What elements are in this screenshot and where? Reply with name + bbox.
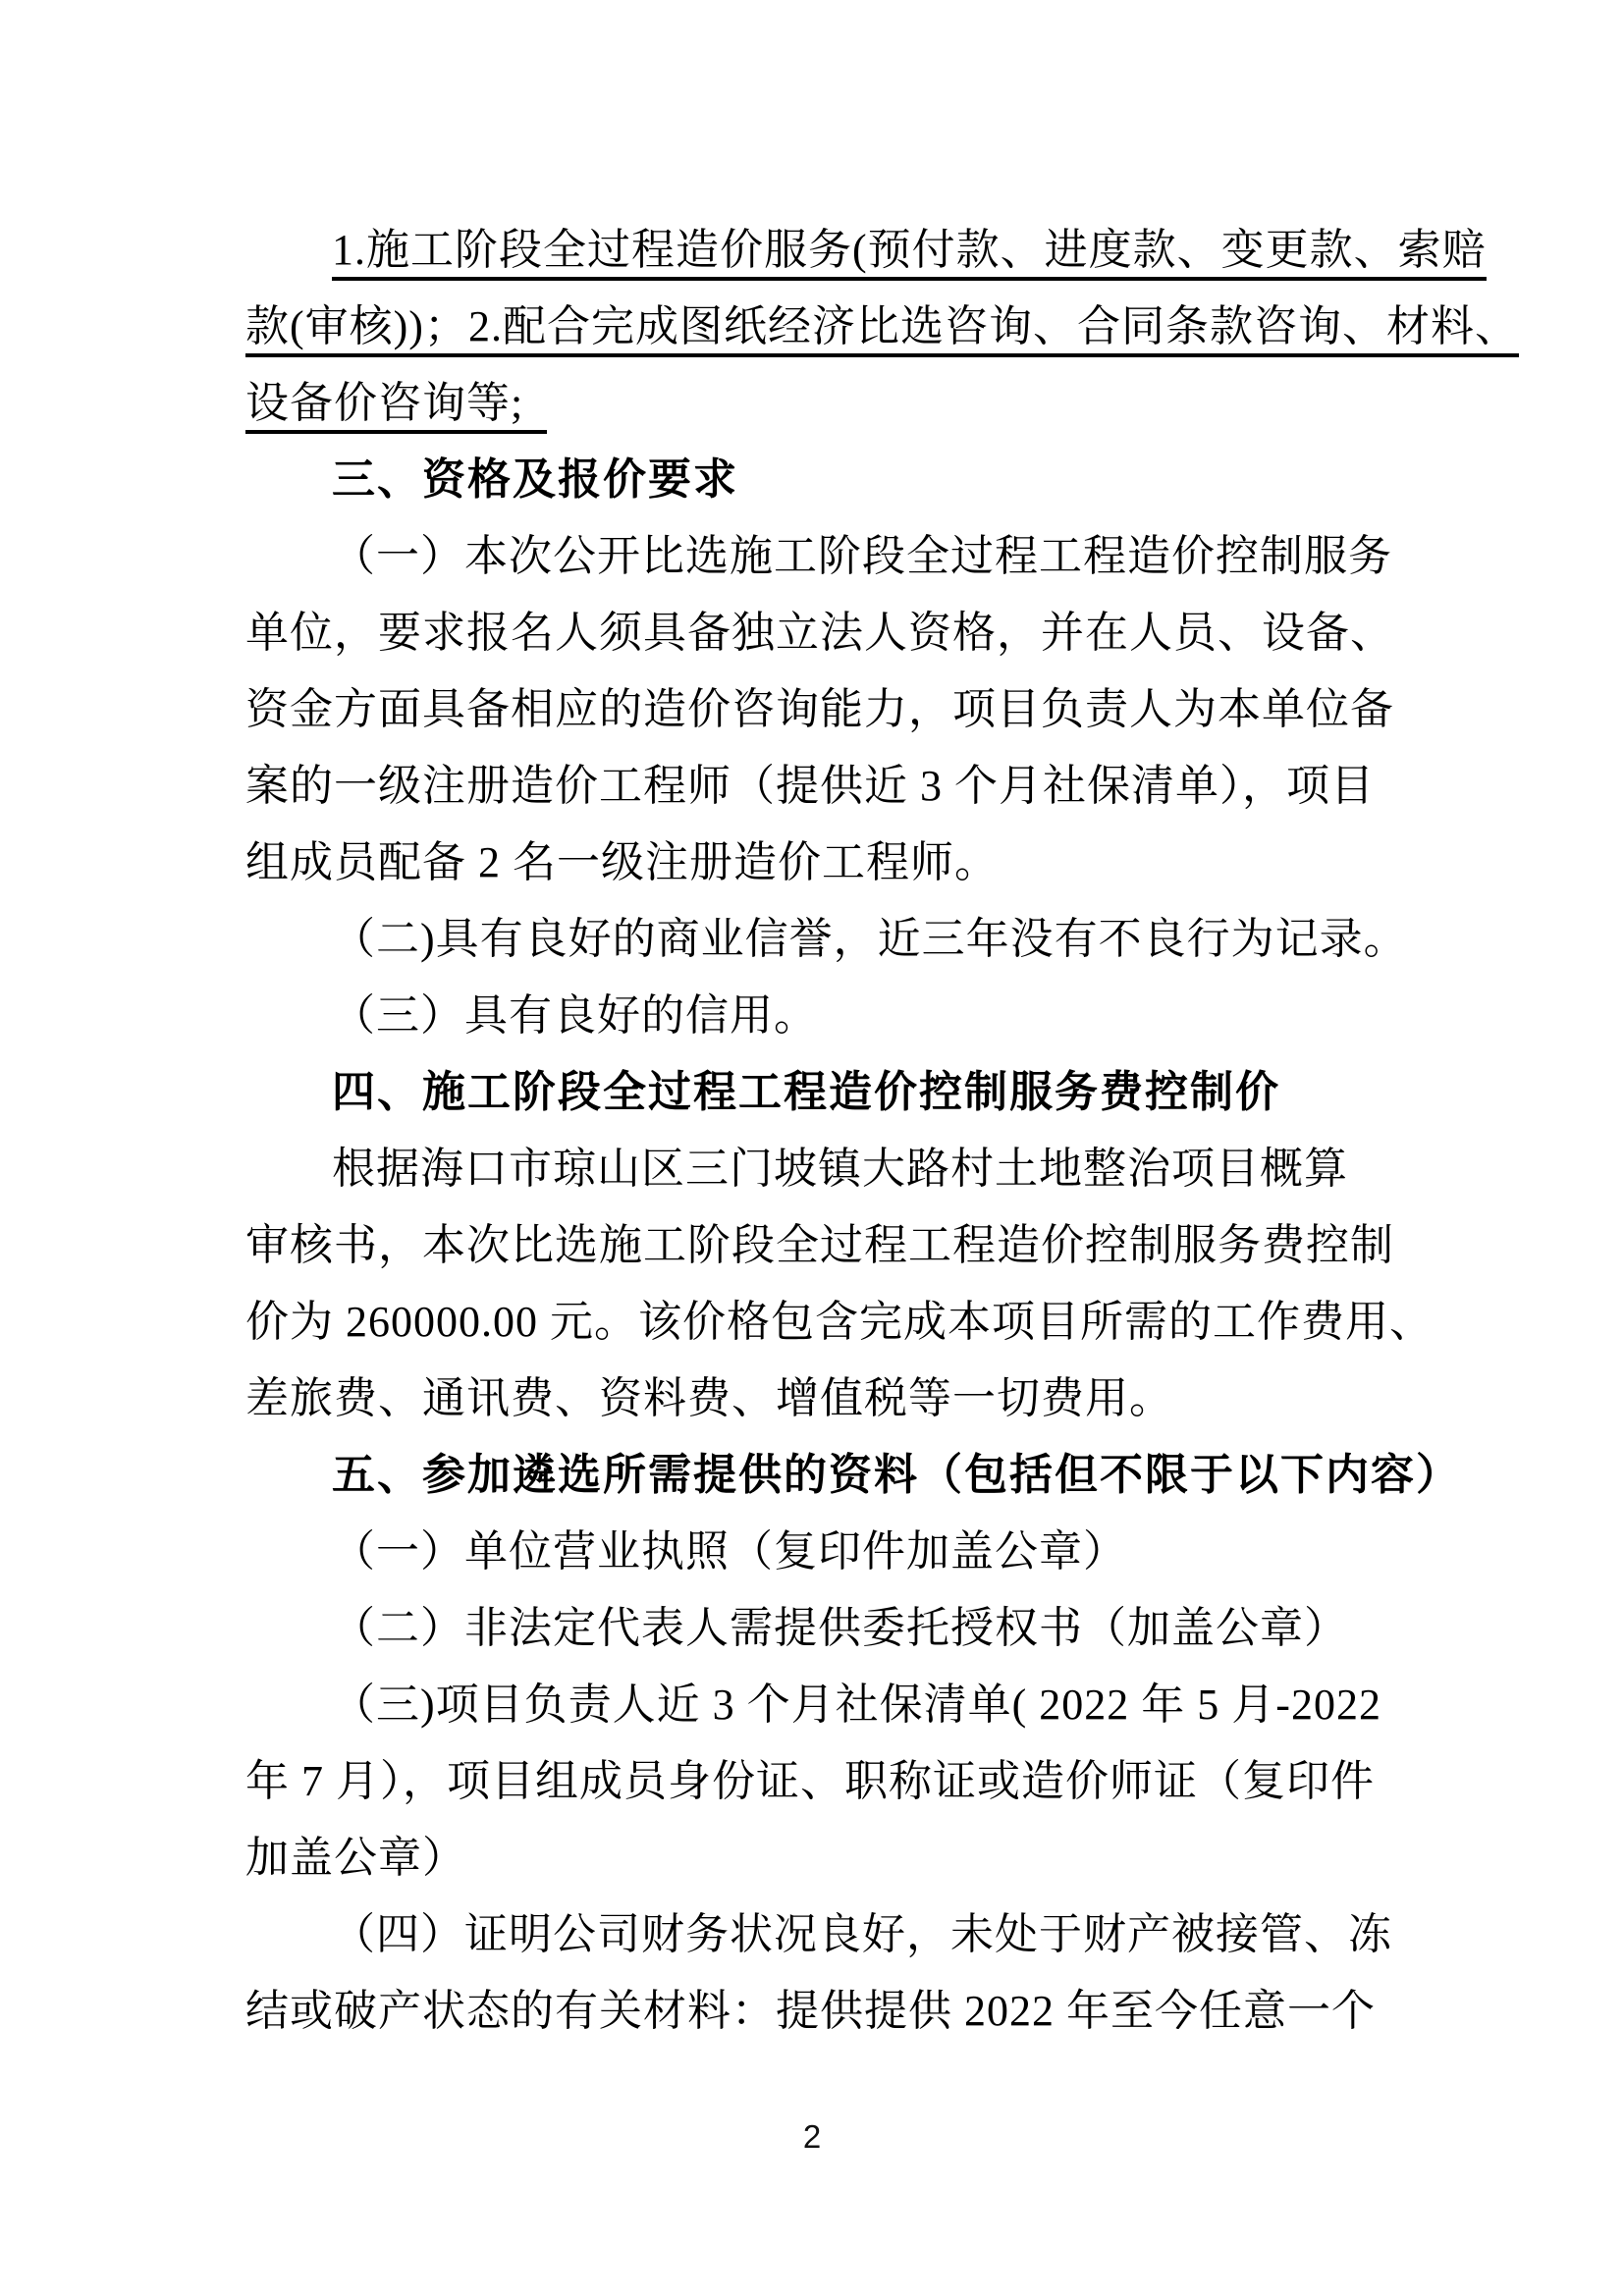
text-line-5: （一）本次公开比选施工阶段全过程工程造价控制服务 xyxy=(245,518,1492,595)
text-line-9: 组成员配备 2 名一级注册造价工程师。 xyxy=(245,825,1492,901)
text-run: （三）具有良好的信用。 xyxy=(332,991,818,1040)
text-line-4: 三、资格及报价要求 xyxy=(245,442,1492,518)
text-line-2: 款(审核))；2.配合完成图纸经济比选咨询、合同条款咨询、材料、 xyxy=(245,289,1492,365)
underlined-text: 款(审核))；2.配合完成图纸经济比选咨询、合同条款咨询、材料、 xyxy=(245,302,1519,357)
text-run: （一）单位营业执照（复印件加盖公章） xyxy=(332,1527,1127,1575)
text-run: 结或破产状态的有关材料：提供提供 2022 年至今任意一个 xyxy=(245,1987,1376,2035)
text-line-15: 价为 260000.00 元。该价格包含完成本项目所需的工作费用、 xyxy=(245,1284,1492,1361)
text-run: 单位，要求报名人须具备独立法人资格，并在人员、设备、 xyxy=(245,609,1394,657)
text-line-17: 五、参加遴选所需提供的资料（包括但不限于以下内容） xyxy=(245,1437,1492,1514)
text-run: （二）非法定代表人需提供委托授权书（加盖公章） xyxy=(332,1604,1348,1652)
document-body: 1.施工阶段全过程造价服务(预付款、进度款、变更款、索赔款(审核))；2.配合完… xyxy=(245,212,1492,2050)
text-run: （二)具有良好的商业信誉，近三年没有不良行为记录。 xyxy=(332,915,1408,963)
text-line-10: （二)具有良好的商业信誉，近三年没有不良行为记录。 xyxy=(245,901,1492,978)
text-run: 价为 260000.00 元。该价格包含完成本项目所需的工作费用、 xyxy=(245,1298,1434,1346)
text-run: 差旅费、通讯费、资料费、增值税等一切费用。 xyxy=(245,1374,1173,1422)
text-line-13: 根据海口市琼山区三门坡镇大路村土地整治项目概算 xyxy=(245,1131,1492,1207)
underlined-text: 设备价咨询等; xyxy=(245,379,547,434)
text-run: 审核书，本次比选施工阶段全过程工程造价控制服务费控制 xyxy=(245,1221,1394,1269)
text-run: 资金方面具备相应的造价咨询能力，项目负责人为本单位备 xyxy=(245,685,1394,733)
text-line-3: 设备价咨询等; xyxy=(245,365,1492,442)
text-run: 案的一级注册造价工程师（提供近 3 个月社保清单），项目 xyxy=(245,762,1375,810)
text-run: 组成员配备 2 名一级注册造价工程师。 xyxy=(245,838,999,886)
text-line-8: 案的一级注册造价工程师（提供近 3 个月社保清单），项目 xyxy=(245,748,1492,825)
text-line-1: 1.施工阶段全过程造价服务(预付款、进度款、变更款、索赔 xyxy=(245,212,1492,289)
text-line-21: 年 7 月），项目组成员身份证、职称证或造价师证（复印件 xyxy=(245,1743,1492,1820)
text-line-23: （四）证明公司财务状况良好，未处于财产被接管、冻 xyxy=(245,1896,1492,1973)
text-run: 加盖公章） xyxy=(245,1834,466,1882)
text-run: （一）本次公开比选施工阶段全过程工程造价控制服务 xyxy=(332,532,1392,580)
text-run: （四）证明公司财务状况良好，未处于财产被接管、冻 xyxy=(332,1910,1392,1958)
text-line-16: 差旅费、通讯费、资料费、增值税等一切费用。 xyxy=(245,1361,1492,1437)
text-line-20: （三)项目负责人近 3 个月社保清单( 2022 年 5 月-2022 xyxy=(245,1667,1492,1743)
text-line-14: 审核书，本次比选施工阶段全过程工程造价控制服务费控制 xyxy=(245,1207,1492,1284)
underlined-text: 1.施工阶段全过程造价服务(预付款、进度款、变更款、索赔 xyxy=(332,226,1487,281)
text-run: 年 7 月），项目组成员身份证、职称证或造价师证（复印件 xyxy=(245,1757,1375,1805)
text-line-7: 资金方面具备相应的造价咨询能力，项目负责人为本单位备 xyxy=(245,671,1492,748)
text-run: 五、参加遴选所需提供的资料（包括但不限于以下内容） xyxy=(332,1451,1461,1499)
text-run: 根据海口市琼山区三门坡镇大路村土地整治项目概算 xyxy=(332,1145,1348,1193)
text-run: （三)项目负责人近 3 个月社保清单( 2022 年 5 月-2022 xyxy=(332,1681,1381,1729)
text-line-12: 四、施工阶段全过程工程造价控制服务费控制价 xyxy=(245,1054,1492,1131)
text-line-24: 结或破产状态的有关材料：提供提供 2022 年至今任意一个 xyxy=(245,1973,1492,2050)
text-line-19: （二）非法定代表人需提供委托授权书（加盖公章） xyxy=(245,1590,1492,1667)
text-line-6: 单位，要求报名人须具备独立法人资格，并在人员、设备、 xyxy=(245,595,1492,671)
text-line-18: （一）单位营业执照（复印件加盖公章） xyxy=(245,1514,1492,1590)
text-line-22: 加盖公章） xyxy=(245,1820,1492,1896)
text-line-11: （三）具有良好的信用。 xyxy=(245,978,1492,1054)
text-run: 三、资格及报价要求 xyxy=(332,455,738,504)
text-run: 四、施工阶段全过程工程造价控制服务费控制价 xyxy=(332,1068,1280,1116)
document-page: 1.施工阶段全过程造价服务(预付款、进度款、变更款、索赔款(审核))；2.配合完… xyxy=(0,0,1624,2296)
page-number: 2 xyxy=(0,2118,1624,2156)
